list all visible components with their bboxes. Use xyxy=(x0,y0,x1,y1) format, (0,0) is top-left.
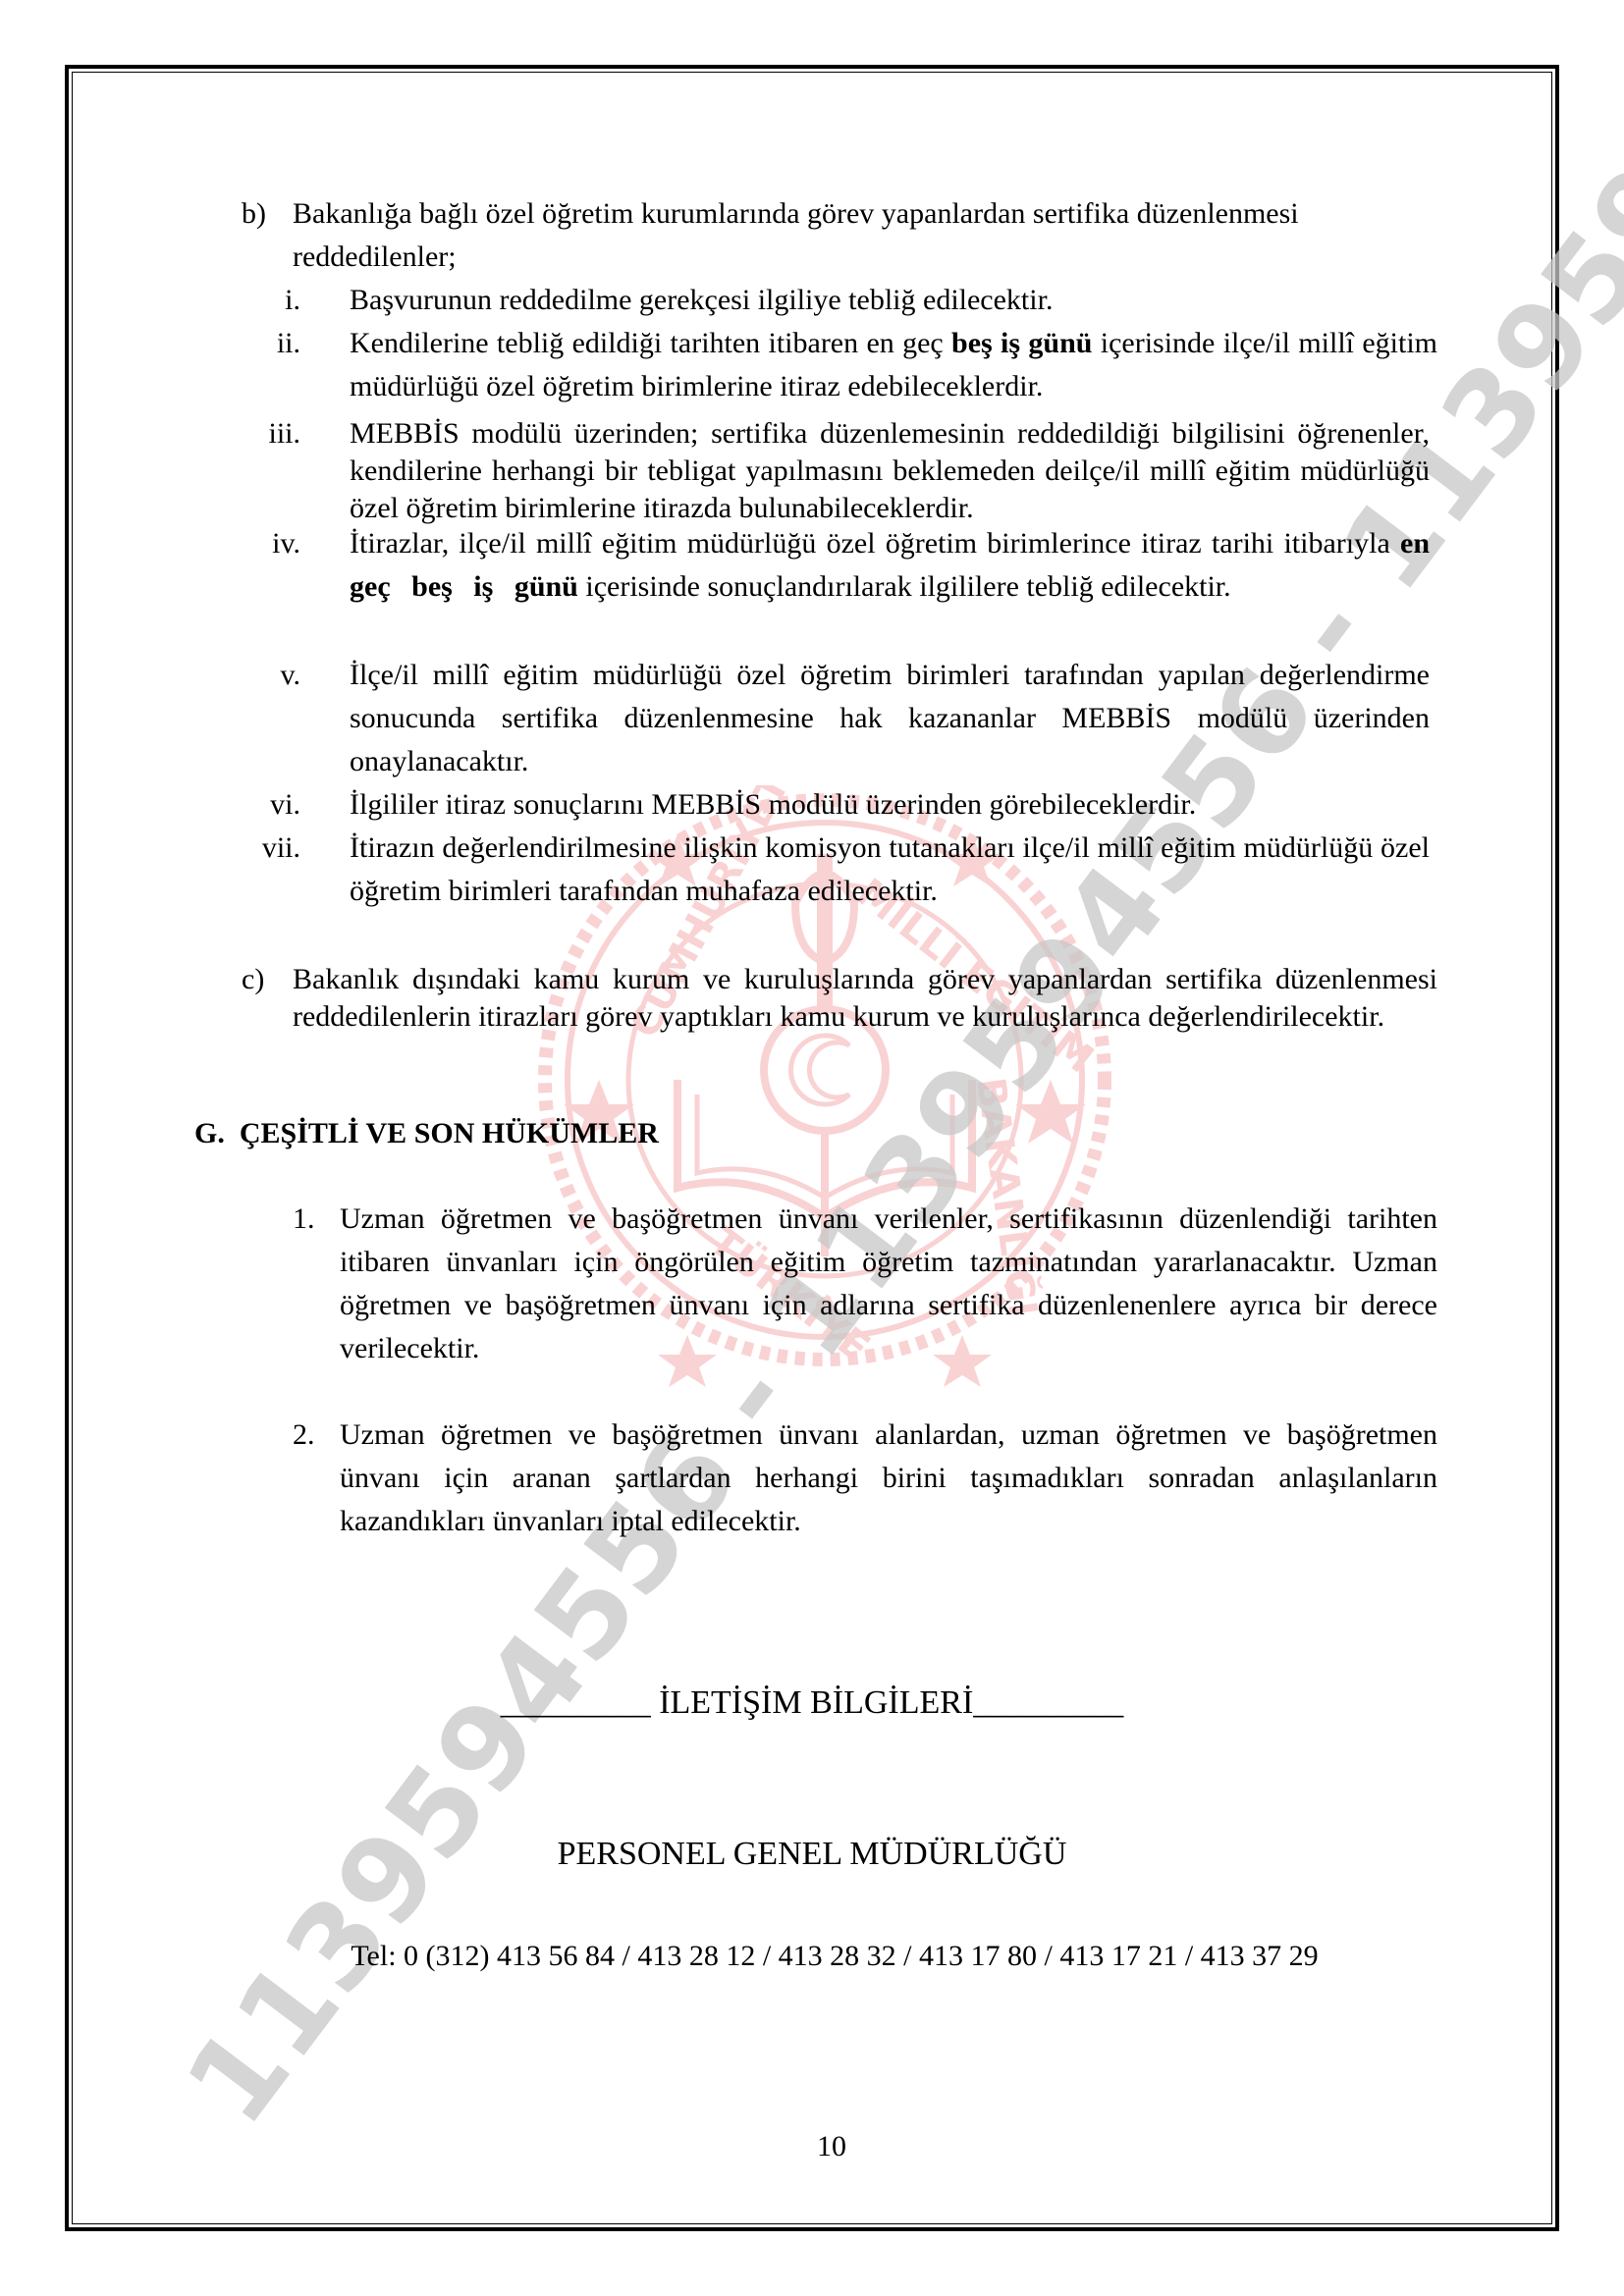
item-1-label: 1. xyxy=(293,1198,315,1241)
section-c-text: Bakanlık dışındaki kamu kurum ve kuruluş… xyxy=(293,961,1437,1036)
section-g-heading: G. ÇEŞİTLİ VE SON HÜKÜMLER xyxy=(194,1117,659,1150)
section-b-label: b) xyxy=(242,192,266,236)
item-vi-text: İlgililer itiraz sonuçlarını MEBBİS modü… xyxy=(350,783,1430,827)
contact-title: _________ İLETİŞİM BİLGİLERİ_________ xyxy=(0,1684,1624,1722)
item-vi-label: vi. xyxy=(242,783,300,827)
item-vii-text: İtirazın değerlendirilmesine ilişkin kom… xyxy=(350,827,1430,913)
section-b-text: Bakanlığa bağlı özel öğretim kurumlarınd… xyxy=(293,192,1437,279)
page-number: 10 xyxy=(0,2130,1624,2163)
item-v-label: v. xyxy=(242,654,300,697)
item-iii-text: MEBBİS modülü üzerinden; sertifika düzen… xyxy=(350,415,1430,527)
item-i-text: Başvurunun reddedilme gerekçesi ilgiliye… xyxy=(350,279,1430,322)
item-1-text: Uzman öğretmen ve başöğretmen ünvanı ver… xyxy=(340,1198,1437,1370)
item-ii-label: ii. xyxy=(242,322,300,365)
item-v-text: İlçe/il millî eğitim müdürlüğü özel öğre… xyxy=(350,654,1430,783)
item-iv-text: İtirazlar, ilçe/il millî eğitim müdürlüğ… xyxy=(350,522,1430,609)
item-2-text: Uzman öğretmen ve başöğretmen ünvanı ala… xyxy=(340,1414,1437,1543)
item-iv-post: içerisinde sonuçlandırılarak ilgililere … xyxy=(578,570,1231,603)
item-iii-label: iii. xyxy=(242,412,300,455)
section-b-line1: Bakanlığa bağlı özel öğretim kurumlarınd… xyxy=(293,197,1299,230)
item-ii-text: Kendilerine tebliğ edildiği tarihten iti… xyxy=(350,322,1437,408)
item-iv-label: iv. xyxy=(242,522,300,565)
item-2-label: 2. xyxy=(293,1414,315,1457)
item-vii-label: vii. xyxy=(242,827,300,870)
item-iv-pre: İtirazlar, ilçe/il millî eğitim müdürlüğ… xyxy=(350,527,1400,560)
contact-phone: Tel: 0 (312) 413 56 84 / 413 28 12 / 413… xyxy=(0,1940,1624,1973)
item-i-label: i. xyxy=(242,279,300,322)
section-c-label: c) xyxy=(242,958,264,1001)
document-body: b) Bakanlığa bağlı özel öğretim kurumlar… xyxy=(0,0,1624,2296)
section-b-line2: reddedilenler; xyxy=(293,240,457,273)
item-ii-bold: beş iş günü xyxy=(951,327,1092,359)
item-ii-pre: Kendilerine tebliğ edildiği tarihten iti… xyxy=(350,327,951,359)
contact-department: PERSONEL GENEL MÜDÜRLÜĞÜ xyxy=(0,1836,1624,1873)
